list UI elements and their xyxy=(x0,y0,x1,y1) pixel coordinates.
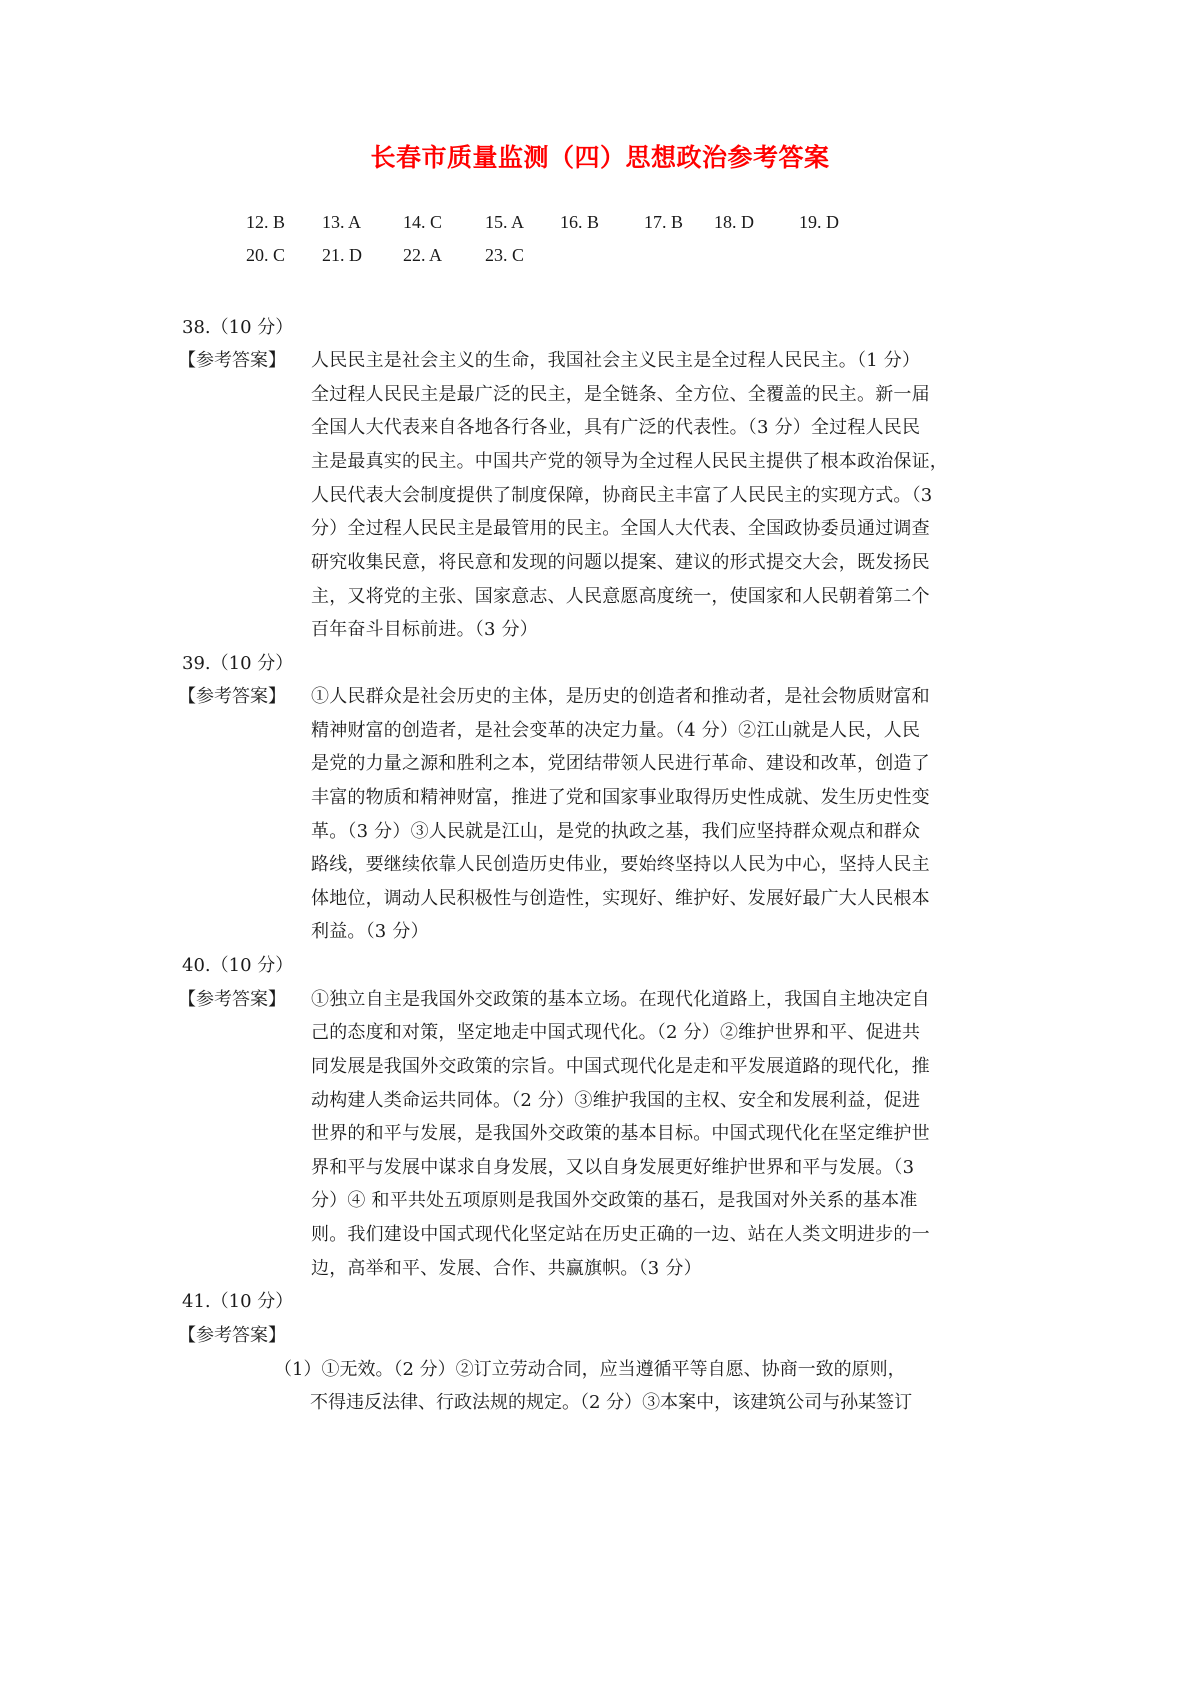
answer-line: 分）④ 和平共处五项原则是我国外交政策的基石，是我国对外关系的基本准 xyxy=(311,1186,918,1212)
answer-line: 是党的力量之源和胜利之本，党团结带领人民进行革命、建设和改革，创造了 xyxy=(311,749,930,775)
mc-answer: 17. B xyxy=(644,212,683,233)
mc-answer: 14. C xyxy=(403,212,442,233)
answer-line: 界和平与发展中谋求自身发展，又以自身发展更好维护世界和平与发展。（3 xyxy=(311,1153,914,1179)
answer-line: 己的态度和对策，坚定地走中国式现代化。（2 分）②维护世界和平、促进共 xyxy=(311,1018,920,1044)
mc-answer: 15. A xyxy=(485,212,524,233)
answer-line: 体地位，调动人民积极性与创造性，实现好、维护好、发展好最广大人民根本 xyxy=(311,884,930,910)
answer-line: 主是最真实的民主。中国共产党的领导为全过程人民民主提供了根本政治保证， xyxy=(311,447,948,473)
question-40-heading: 40.（10 分） xyxy=(182,951,293,977)
answer-line: ①独立自主是我国外交政策的基本立场。在现代化道路上，我国自主地决定自 xyxy=(311,985,930,1011)
mc-answer: 23. C xyxy=(485,245,524,266)
answer-label: 【参考答案】 xyxy=(178,1321,286,1347)
answer-line: 则。我们建设中国式现代化坚定站在历史正确的一边、站在人类文明进步的一 xyxy=(311,1220,930,1246)
answer-line: 全过程人民民主是最广泛的民主，是全链条、全方位、全覆盖的民主。新一届 xyxy=(311,380,930,406)
mc-answer: 16. B xyxy=(560,212,599,233)
answer-line: 人民民主是社会主义的生命，我国社会主义民主是全过程人民民主。（1 分） xyxy=(311,346,920,372)
mc-answer: 20. C xyxy=(246,245,285,266)
answer-line: 精神财富的创造者，是社会变革的决定力量。（4 分）②江山就是人民，人民 xyxy=(311,716,920,742)
mc-answer: 18. D xyxy=(714,212,754,233)
page-title: 长春市质量监测（四）思想政治参考答案 xyxy=(0,138,1200,174)
answer-line: 丰富的物质和精神财富，推进了党和国家事业取得历史性成就、发生历史性变 xyxy=(311,783,930,809)
answer-line: （1）①无效。（2 分）②订立劳动合同，应当遵循平等自愿、协商一致的原则， xyxy=(274,1355,906,1381)
mc-answer: 13. A xyxy=(322,212,361,233)
answer-line: 研究收集民意，将民意和发现的问题以提案、建议的形式提交大会，既发扬民 xyxy=(311,548,930,574)
answer-line: 分）全过程人民民主是最管用的民主。全国人大代表、全国政协委员通过调查 xyxy=(311,514,930,540)
answer-line: 革。（3 分）③人民就是江山，是党的执政之基，我们应坚持群众观点和群众 xyxy=(311,817,920,843)
question-41-heading: 41.（10 分） xyxy=(182,1287,293,1313)
answer-line: 不得违反法律、行政法规的规定。（2 分）③本案中，该建筑公司与孙某签订 xyxy=(310,1388,912,1414)
answer-line: 全国人大代表来自各地各行各业，具有广泛的代表性。（3 分）全过程人民民 xyxy=(311,413,920,439)
answer-line: 动构建人类命运共同体。（2 分）③维护我国的主权、安全和发展利益，促进 xyxy=(311,1086,920,1112)
answer-line: 百年奋斗目标前进。（3 分） xyxy=(311,615,538,641)
mc-answer: 12. B xyxy=(246,212,285,233)
mc-answer: 19. D xyxy=(799,212,839,233)
answer-line: 世界的和平与发展，是我国外交政策的基本目标。中国式现代化在坚定维护世 xyxy=(311,1119,930,1145)
answer-label: 【参考答案】 xyxy=(178,346,286,372)
mc-answer: 22. A xyxy=(403,245,442,266)
answer-line: 主，又将党的主张、国家意志、人民意愿高度统一，使国家和人民朝着第二个 xyxy=(311,582,930,608)
answer-line: 边，高举和平、发展、合作、共赢旗帜。（3 分） xyxy=(311,1254,702,1280)
answer-line: ①人民群众是社会历史的主体，是历史的创造者和推动者，是社会物质财富和 xyxy=(311,682,930,708)
answer-line: 利益。（3 分） xyxy=(311,917,429,943)
answer-label: 【参考答案】 xyxy=(178,682,286,708)
answer-label: 【参考答案】 xyxy=(178,985,286,1011)
answer-line: 人民代表大会制度提供了制度保障，协商民主丰富了人民民主的实现方式。（3 xyxy=(311,481,932,507)
answer-line: 路线，要继续依靠人民创造历史伟业，要始终坚持以人民为中心，坚持人民主 xyxy=(311,850,930,876)
answer-line: 同发展是我国外交政策的宗旨。中国式现代化是走和平发展道路的现代化，推 xyxy=(311,1052,930,1078)
mc-answer: 21. D xyxy=(322,245,362,266)
question-39-heading: 39.（10 分） xyxy=(182,649,293,675)
question-38-heading: 38.（10 分） xyxy=(182,313,293,339)
